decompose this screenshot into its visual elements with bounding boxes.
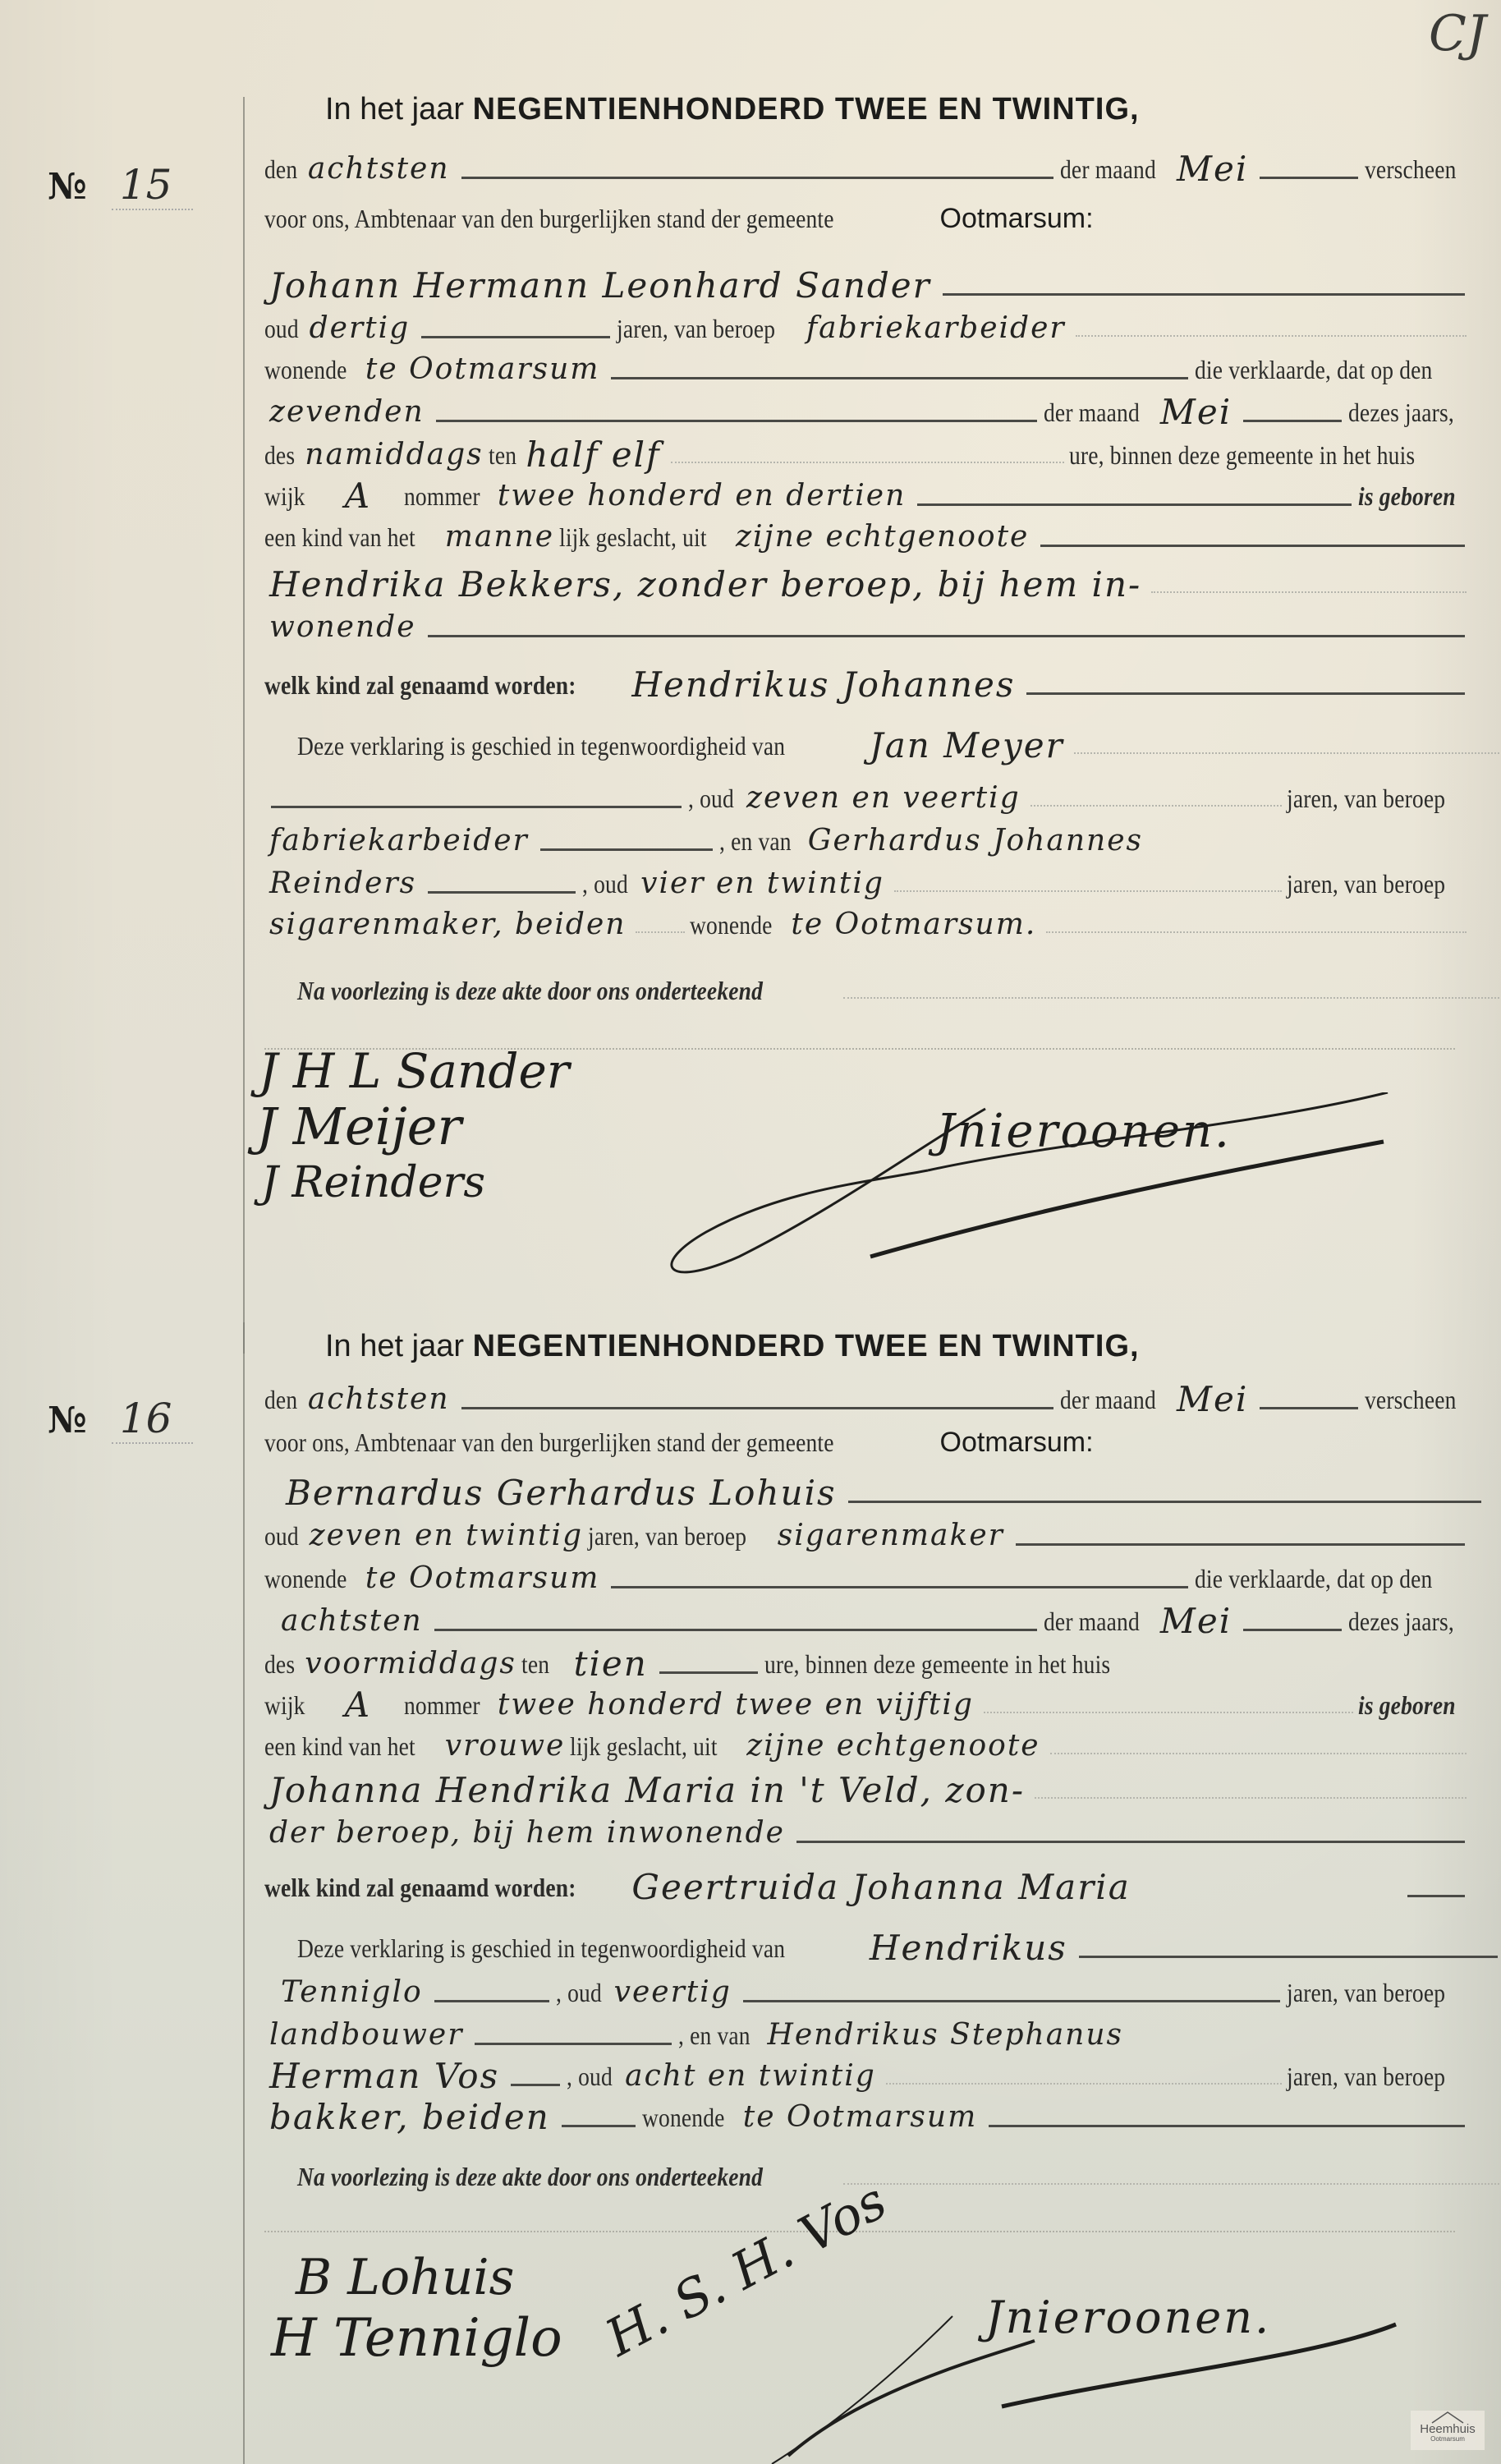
label-ten: ten [521,1646,549,1682]
heading-prefix: In het jaar [325,1329,464,1363]
label-genaamd: welk kind zal genaamd worden: [264,1869,576,1905]
label-wonende: wonende [264,1561,347,1597]
record-number: №15 [48,161,193,209]
fill-line [943,293,1465,296]
heading-year: NEGENTIENHONDERD TWEE EN TWINTIG, [473,92,1140,126]
child-sex: vrouwe [440,1728,571,1764]
label-des: des [264,437,295,473]
date-row: den achtsten der maand Mei verscheen [264,1377,1471,1418]
date-row: den achtsten der maand Mei verscheen [264,146,1471,187]
day-value: achtsten [303,1381,455,1418]
label-jaren-beroep: jaren, van beroep [617,310,775,347]
heemhuis-watermark-logo: Heemhuis Ootmarsum [1411,2411,1485,2450]
record-number-value: 15 [112,161,194,210]
fill-line [1243,420,1342,422]
label-nommer: nommer [404,478,480,514]
witness1-row: Deze verklaring is geschied in tegenwoor… [264,1925,1501,1966]
mother-continued-row: der beroep, bij hem inwonende [264,1810,1471,1851]
label-en-van: , en van [678,2017,750,2053]
label-tegenwoordigheid: Deze verklaring is geschied in tegenwoor… [297,1930,785,1966]
label-jaren-beroep: jaren, van beroep [1287,780,1445,816]
signature-witness1: H Tenniglo [271,2308,562,2369]
mother-residence: wonende [264,609,421,646]
dotted-line [1050,1753,1467,1754]
label-verklaarde: die verklaarde, dat op den [1195,1561,1432,1597]
witnesses-residence-row: sigarenmaker, beiden wonende te Ootmarsu… [264,902,1471,943]
fill-line [540,848,713,851]
declarant-occupation: fabriekarbeider [801,310,1071,347]
label-onderteekend: Na voorlezing is deze akte door ons onde… [297,2158,763,2195]
fill-line [743,2000,1281,2002]
fill-line [562,2125,636,2127]
margin-rule [243,1322,245,2464]
witness2-occupation: bakker, beiden [264,2099,555,2135]
watermark-name: Heemhuis [1411,2424,1485,2435]
dotted-line [843,997,1499,999]
month-value: Mei [1172,1381,1253,1418]
day-part: voormiddags [300,1646,521,1682]
witness1-occupation: landbouwer [264,2017,468,2053]
fill-line [428,891,576,894]
mother-relation: zijne echtgenoote [731,519,1034,555]
fill-line [1026,692,1465,695]
witness2-surname: Herman Vos [264,2058,504,2094]
watermark-town: Ootmarsum [1411,2435,1485,2443]
declarant-name: Johann Hermann Leonhard Sander [264,268,936,304]
fill-line [917,503,1352,506]
fill-line [436,420,1037,422]
label-oud: oud [264,1518,299,1554]
label-kind-van-het: een kind van het [264,519,415,555]
witness1-name: Jan Meyer [865,728,1069,764]
declarant-age: dertig [305,310,415,347]
birth-hour: tien [554,1646,653,1682]
declarant-age: zeven en twintig [305,1518,588,1554]
fill-line [461,177,1053,179]
label-der-maand: der maand [1044,394,1140,430]
witness1-age-row: , oud zeven en veertig jaren, van beroep [264,775,1471,816]
witness1-age-row: Tenniglo , oud veertig jaren, van beroep [264,1970,1471,2011]
official-row: voor ons, Ambtenaar van den burgerlijken… [264,1419,1471,1460]
heading-year: NEGENTIENHONDERD TWEE EN TWINTIG, [473,1329,1140,1363]
witness1-name: Hendrikus [865,1930,1072,1966]
witness2-age: vier en twintig [636,866,889,902]
child-name: Geertruida Johanna Maria [627,1869,1135,1905]
fill-line [428,635,1465,637]
witness1-age: zeven en veertig [741,780,1026,816]
child-name: Hendrikus Johannes [627,667,1020,703]
fill-line [271,806,682,808]
dotted-line [1031,805,1283,807]
label-genaamd: welk kind zal genaamd worden: [264,667,576,703]
label-jaren-beroep: jaren, van beroep [1287,866,1445,902]
birth-hour: half elf [521,437,665,473]
fill-line [434,1629,1037,1631]
label-ambtenaar: voor ons, Ambtenaar van den burgerlijken… [264,1424,834,1460]
label-den: den [264,1381,297,1418]
mother-name: Johanna Hendrika Maria in 't Veld, zon- [264,1772,1030,1809]
fill-line [475,2043,672,2045]
label-des: des [264,1646,295,1682]
sex-row: een kind van het vrouwe lijk geslacht, u… [264,1723,1471,1764]
dotted-line [843,2183,1499,2185]
label-wonende: wonende [264,352,347,388]
day-value: achtsten [303,151,455,187]
mother-name: Hendrika Bekkers, zonder beroep, bij hem… [264,567,1146,603]
label-wonende: wonende [690,907,773,943]
mother-continued-row: wonende [264,605,1471,646]
declarant-name-row: Johann Hermann Leonhard Sander [264,263,1471,304]
witness2-row: landbouwer , en van Hendrikus Stephanus [264,2012,1471,2053]
mother-row: Johanna Hendrika Maria in 't Veld, zon- [264,1768,1471,1809]
ward-value: A [312,478,404,514]
declarant-age-row: oud dertig jaren, van beroep fabriekarbe… [264,306,1471,347]
witness2-name: Hendrikus Stephanus [762,2017,1128,2053]
fill-line [989,2125,1465,2127]
fill-line [611,1586,1188,1588]
fill-line [1260,1407,1358,1409]
fill-line [434,2000,549,2002]
birth-day: achtsten [264,1603,428,1639]
address-row: wijk A nommer twee honderd en dertien is… [264,473,1471,514]
witness2-surname: Reinders [264,866,421,902]
label-verklaarde: die verklaarde, dat op den [1195,352,1432,388]
closing-row: Na voorlezing is deze akte door ons onde… [264,968,1501,1009]
label-jaren-beroep: jaren, van beroep [588,1518,746,1554]
month-value: Mei [1172,151,1253,187]
child-name-row: welk kind zal genaamd worden: Geertruida… [264,1864,1471,1905]
dotted-line [1076,335,1467,337]
dotted-line [894,890,1282,892]
fill-line [421,336,610,338]
mother-row: Hendrika Bekkers, zonder beroep, bij hem… [264,562,1471,603]
declarant-residence: te Ootmarsum [360,1561,604,1597]
ward-value: A [312,1687,404,1723]
fill-line [611,377,1188,379]
mother-relation: zijne echtgenoote [741,1728,1044,1764]
child-name-row: welk kind zal genaamd worden: Hendrikus … [264,662,1471,703]
record-heading: In het jaar NEGENTIENHONDERD TWEE EN TWI… [325,92,1140,127]
dotted-line [984,1712,1353,1713]
dotted-line [1046,931,1467,933]
label-den: den [264,151,297,187]
label-wonende: wonende [642,2099,725,2135]
mother-residence: der beroep, bij hem inwonende [264,1815,790,1851]
label-onderteekend: Na voorlezing is deze akte door ons onde… [297,972,763,1009]
declarant-residence-row: wonende te Ootmarsum die verklaarde, dat… [264,347,1471,388]
witness1-occupation: fabriekarbeider [264,823,534,859]
label-oud: , oud [556,1974,602,2011]
numero-sign: № [48,1400,87,1441]
label-is-geboren: is geboren [1358,1687,1456,1723]
dotted-line [1074,752,1499,754]
signature-declarant: J H L Sander [259,1043,570,1099]
fill-line [1016,1543,1465,1546]
birth-month: Mei [1155,1603,1237,1639]
birth-date-row: achtsten der maand Mei dezes jaars, [264,1598,1471,1639]
fill-line [511,2084,560,2086]
fill-line [1079,1956,1498,1958]
label-jaren-beroep: jaren, van beroep [1287,1974,1445,2011]
label-oud: , oud [567,2058,613,2094]
label-der-maand: der maand [1060,151,1156,187]
label-der-maand: der maand [1044,1603,1140,1639]
label-ure: ure, binnen deze gemeente in het huis [1069,437,1415,473]
birth-month: Mei [1155,394,1237,430]
label-oud: , oud [688,780,734,816]
witnesses-residence: te Ootmarsum. [786,907,1041,943]
label-tegenwoordigheid: Deze verklaring is geschied in tegenwoor… [297,728,785,764]
witnesses-residence: te Ootmarsum [738,2099,982,2135]
dotted-line [1035,1797,1467,1799]
fill-line [848,1501,1481,1503]
declarant-residence: te Ootmarsum [360,352,604,388]
label-wijk: wijk [264,1687,305,1723]
label-verscheen: verscheen [1365,1381,1457,1418]
numero-sign: № [48,166,87,208]
witness2-occupation: sigarenmaker, beiden [264,907,631,943]
witnesses-residence-row: bakker, beiden wonende te Ootmarsum [264,2094,1471,2135]
record-heading: In het jaar NEGENTIENHONDERD TWEE EN TWI… [325,1329,1140,1364]
dotted-line [1151,591,1467,593]
birth-day: zevenden [264,394,429,430]
witness1-row: Deze verklaring is geschied in tegenwoor… [264,723,1501,764]
label-en-van: , en van [719,823,792,859]
witness2-age-row: Herman Vos , oud acht en twintig jaren, … [264,2053,1471,2094]
fill-line [461,1407,1053,1409]
label-wijk: wijk [264,478,305,514]
declarant-name-row: Bernardus Gerhardus Lohuis [264,1470,1488,1511]
label-ure: ure, binnen deze gemeente in het huis [764,1646,1110,1682]
label-ambtenaar: voor ons, Ambtenaar van den burgerlijken… [264,200,834,237]
signature-declarant: B Lohuis [296,2249,514,2306]
witness2-row: fabriekarbeider , en van Gerhardus Johan… [264,818,1471,859]
fill-line [1243,1629,1342,1631]
heading-prefix: In het jaar [325,92,464,126]
official-row: voor ons, Ambtenaar van den burgerlijken… [264,195,1471,237]
label-lijk-geslacht: lijk geslacht, uit [559,519,707,555]
label-verscheen: verscheen [1365,151,1457,187]
fill-line [1040,545,1465,547]
house-number: twee honderd en dertien [493,478,911,514]
label-lijk-geslacht: lijk geslacht, uit [570,1728,718,1764]
birth-date-row: zevenden der maand Mei dezes jaars, [264,389,1471,430]
record-number: №16 [48,1395,193,1442]
witness2-age-row: Reinders , oud vier en twintig jaren, va… [264,861,1471,902]
sex-row: een kind van het manne lijk geslacht, ui… [264,514,1471,555]
closing-row: Na voorlezing is deze akte door ons onde… [264,2154,1501,2195]
label-dezes-jaars: dezes jaars, [1348,394,1454,430]
label-kind-van-het: een kind van het [264,1728,415,1764]
birth-time-row: des namiddags ten half elf ure, binnen d… [264,432,1471,473]
label-is-geboren: is geboren [1358,478,1456,514]
label-oud: , oud [582,866,628,902]
municipality: Ootmarsum: [940,200,1094,237]
witness2-name: Gerhardus Johannes [803,823,1148,859]
corner-annotation: CJ [1429,5,1486,62]
declarant-name: Bernardus Gerhardus Lohuis [281,1475,842,1511]
fill-line [659,1671,758,1674]
witness1-age: veertig [609,1974,737,2011]
day-part: namiddags [300,437,488,473]
fill-line [1407,1895,1465,1897]
house-number: twee honderd twee en vijftig [493,1687,979,1723]
witness1-surname: Tenniglo [264,1974,428,2011]
municipality: Ootmarsum: [940,1424,1094,1460]
birth-time-row: des voormiddags ten tien ure, binnen dez… [264,1641,1471,1682]
label-der-maand: der maand [1060,1381,1156,1418]
label-jaren-beroep: jaren, van beroep [1287,2058,1445,2094]
margin-rule [243,97,245,1354]
signature-flourish-icon [632,1092,1404,1289]
label-oud: oud [264,310,299,347]
fill-line [1260,177,1358,179]
fill-line [796,1841,1465,1843]
witness2-age: acht en twintig [620,2058,881,2094]
address-row: wijk A nommer twee honderd twee en vijft… [264,1682,1471,1723]
declarant-occupation: sigarenmaker [773,1518,1009,1554]
label-ten: ten [489,437,516,473]
label-dezes-jaars: dezes jaars, [1348,1603,1454,1639]
signature-witness2: J Reinders [261,1158,485,1207]
dotted-line [636,931,685,933]
declarant-age-row: oud zeven en twintig jaren, van beroep s… [264,1513,1471,1554]
child-sex: manne [440,519,559,555]
signature-flourish-icon [739,2292,1478,2464]
record-number-value: 16 [112,1395,194,1444]
declarant-residence-row: wonende te Ootmarsum die verklaarde, dat… [264,1556,1471,1597]
label-nommer: nommer [404,1687,480,1723]
dotted-line [886,2083,1283,2085]
signature-witness1: J Meijer [256,1096,461,1156]
dotted-line [671,462,1065,463]
